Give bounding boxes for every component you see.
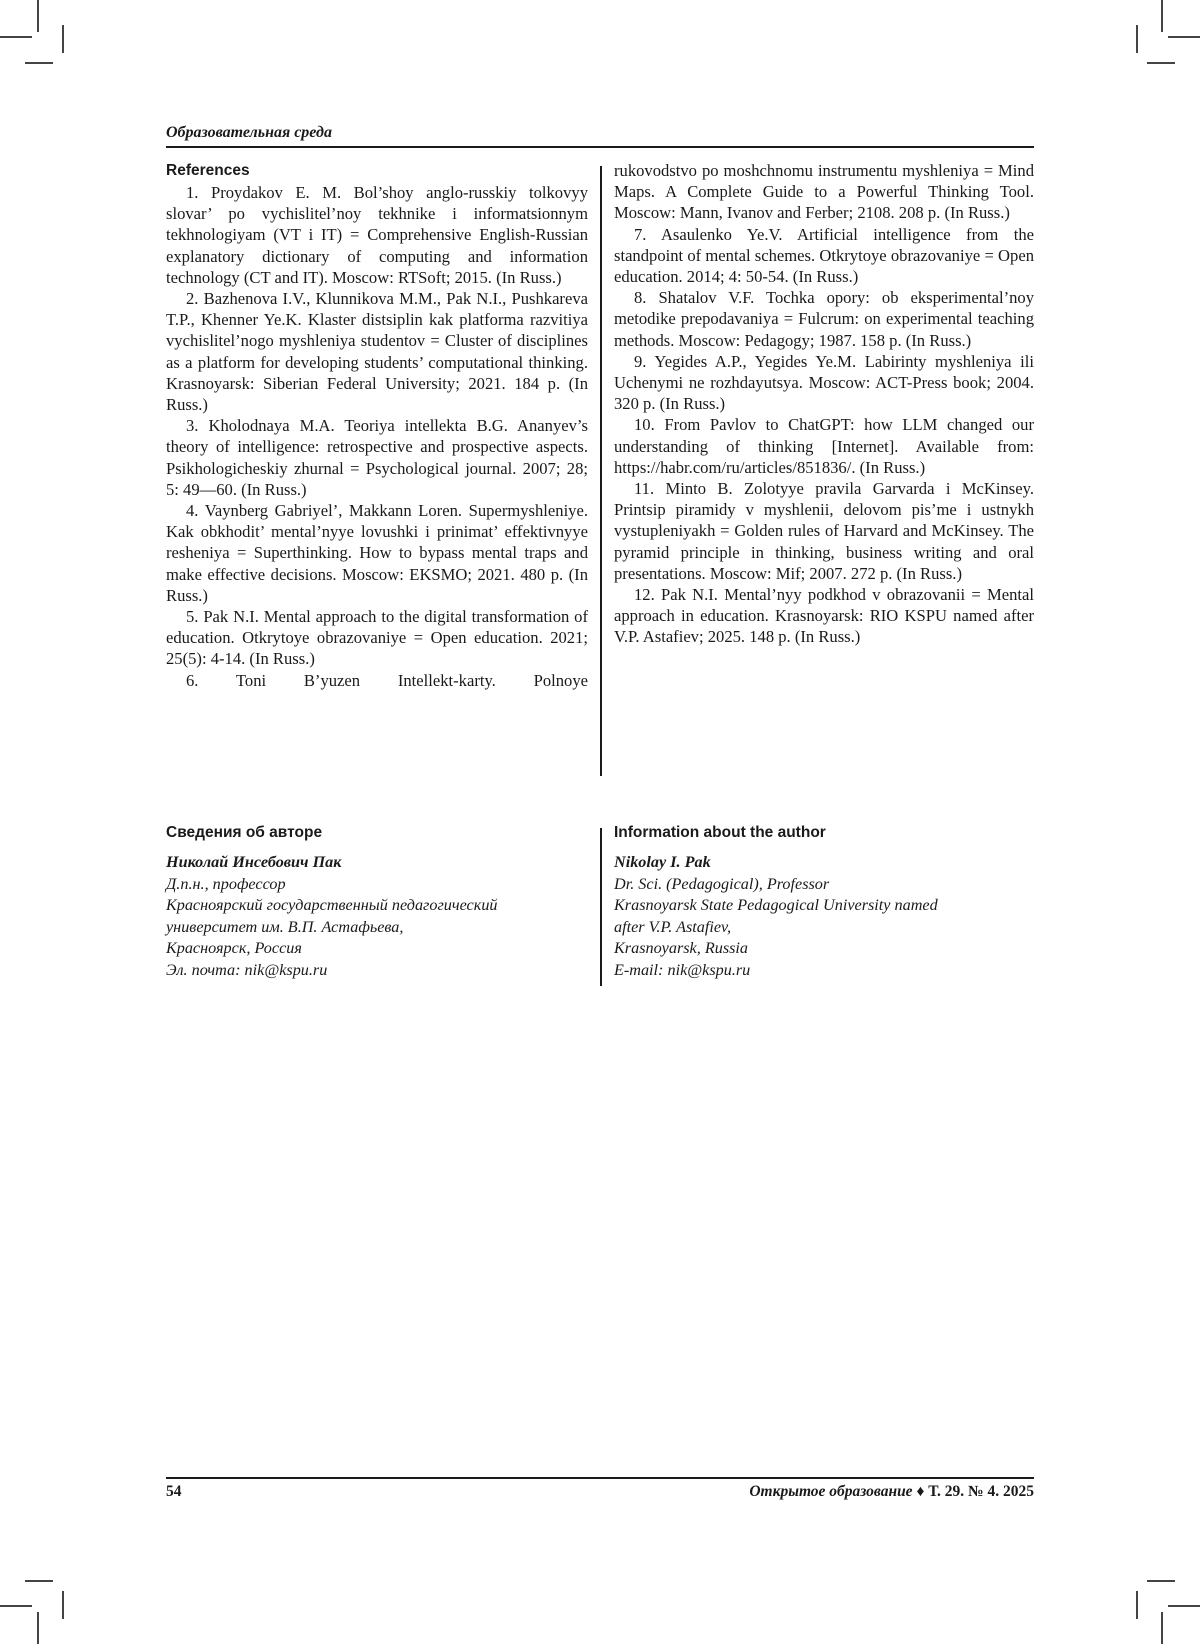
reference-item: 11. Minto B. Zolotyye pravila Garvarda i… [614, 478, 1034, 584]
author-heading-en: Information about the author [614, 822, 1034, 844]
references-right-column: rukovodstvo po moshchnomu instrumentu my… [614, 160, 1034, 648]
author-affiliation-ru: университет им. В.П. Астафьева, [166, 917, 586, 939]
reference-item: 4. Vaynberg Gabriyel’, Makkann Loren. Su… [166, 500, 588, 606]
crop-mark [37, 1612, 39, 1644]
reference-item: 5. Pak N.I. Mental approach to the digit… [166, 606, 588, 670]
page-header: Образовательная среда [166, 124, 1034, 148]
crop-mark [25, 1580, 53, 1582]
diamond-separator-icon: ♦ [916, 1483, 924, 1500]
author-affiliation-en: Krasnoyarsk State Pedagogical University… [614, 895, 1034, 917]
column-divider [600, 828, 602, 986]
reference-item: 7. Asaulenko Ye.V. Artificial intelligen… [614, 224, 1034, 288]
running-title: Образовательная среда [166, 124, 332, 141]
crop-mark [1147, 1580, 1175, 1582]
crop-mark [1147, 62, 1175, 64]
author-info-ru: Сведения об авторе Николай Инсебович Пак… [166, 822, 586, 982]
reference-item-continuation: rukovodstvo po moshchnomu instrumentu my… [614, 160, 1034, 224]
author-info-en: Information about the author Nikolay I. … [614, 822, 1034, 982]
references-left-column: References 1. Proydakov E. M. Bol’shoy a… [166, 160, 588, 691]
journal-name: Открытое образование [749, 1483, 912, 1500]
reference-item: 8. Shatalov V.F. Tochka opory: ob eksper… [614, 287, 1034, 351]
page-number: 54 [166, 1483, 182, 1501]
author-email-en[interactable]: E-mail: nik@kspu.ru [614, 960, 1034, 982]
reference-item: 10. From Pavlov to ChatGPT: how LLM chan… [614, 414, 1034, 478]
reference-item: 9. Yegides A.P., Yegides Ye.M. Labirinty… [614, 351, 1034, 415]
crop-mark [1161, 0, 1163, 32]
journal-issue: Т. 29. № 4. 2025 [928, 1483, 1034, 1500]
crop-mark [0, 36, 32, 38]
crop-mark [1168, 36, 1200, 38]
reference-item: 2. Bazhenova I.V., Klunnikova M.M., Pak … [166, 288, 588, 415]
crop-mark [62, 25, 64, 53]
author-affiliation-en: after V.P. Astafiev, [614, 917, 1034, 939]
journal-reference: Открытое образование ♦ Т. 29. № 4. 2025 [749, 1483, 1034, 1501]
reference-item: 12. Pak N.I. Mental’nyy podkhod v obrazo… [614, 584, 1034, 648]
author-degree-ru: Д.п.н., профессор [166, 874, 586, 896]
crop-mark [1168, 1605, 1200, 1607]
author-email-ru[interactable]: Эл. почта: nik@kspu.ru [166, 960, 586, 982]
crop-mark [1136, 1591, 1138, 1619]
crop-mark [37, 0, 39, 32]
crop-mark [0, 1605, 32, 1607]
author-location-en: Krasnoyarsk, Russia [614, 938, 1034, 960]
author-affiliation-ru: Красноярский государственный педагогичес… [166, 895, 586, 917]
reference-item: 3. Kholodnaya M.A. Teoriya intellekta B.… [166, 415, 588, 500]
crop-mark [62, 1591, 64, 1619]
reference-item: 1. Proydakov E. M. Bol’shoy anglo-russki… [166, 182, 588, 288]
references-heading: References [166, 160, 588, 182]
page-footer: 54 Открытое образование ♦ Т. 29. № 4. 20… [166, 1477, 1034, 1501]
crop-mark [1161, 1612, 1163, 1644]
crop-mark [1136, 25, 1138, 53]
author-degree-en: Dr. Sci. (Pedagogical), Professor [614, 874, 1034, 896]
reference-item: 6. Toni B’yuzen Intellekt-karty. Polnoye [166, 670, 588, 691]
author-heading-ru: Сведения об авторе [166, 822, 586, 844]
author-name-en: Nikolay I. Pak [614, 852, 1034, 874]
crop-mark [25, 62, 53, 64]
column-divider [600, 166, 602, 776]
author-name-ru: Николай Инсебович Пак [166, 852, 586, 874]
author-location-ru: Красноярск, Россия [166, 938, 586, 960]
